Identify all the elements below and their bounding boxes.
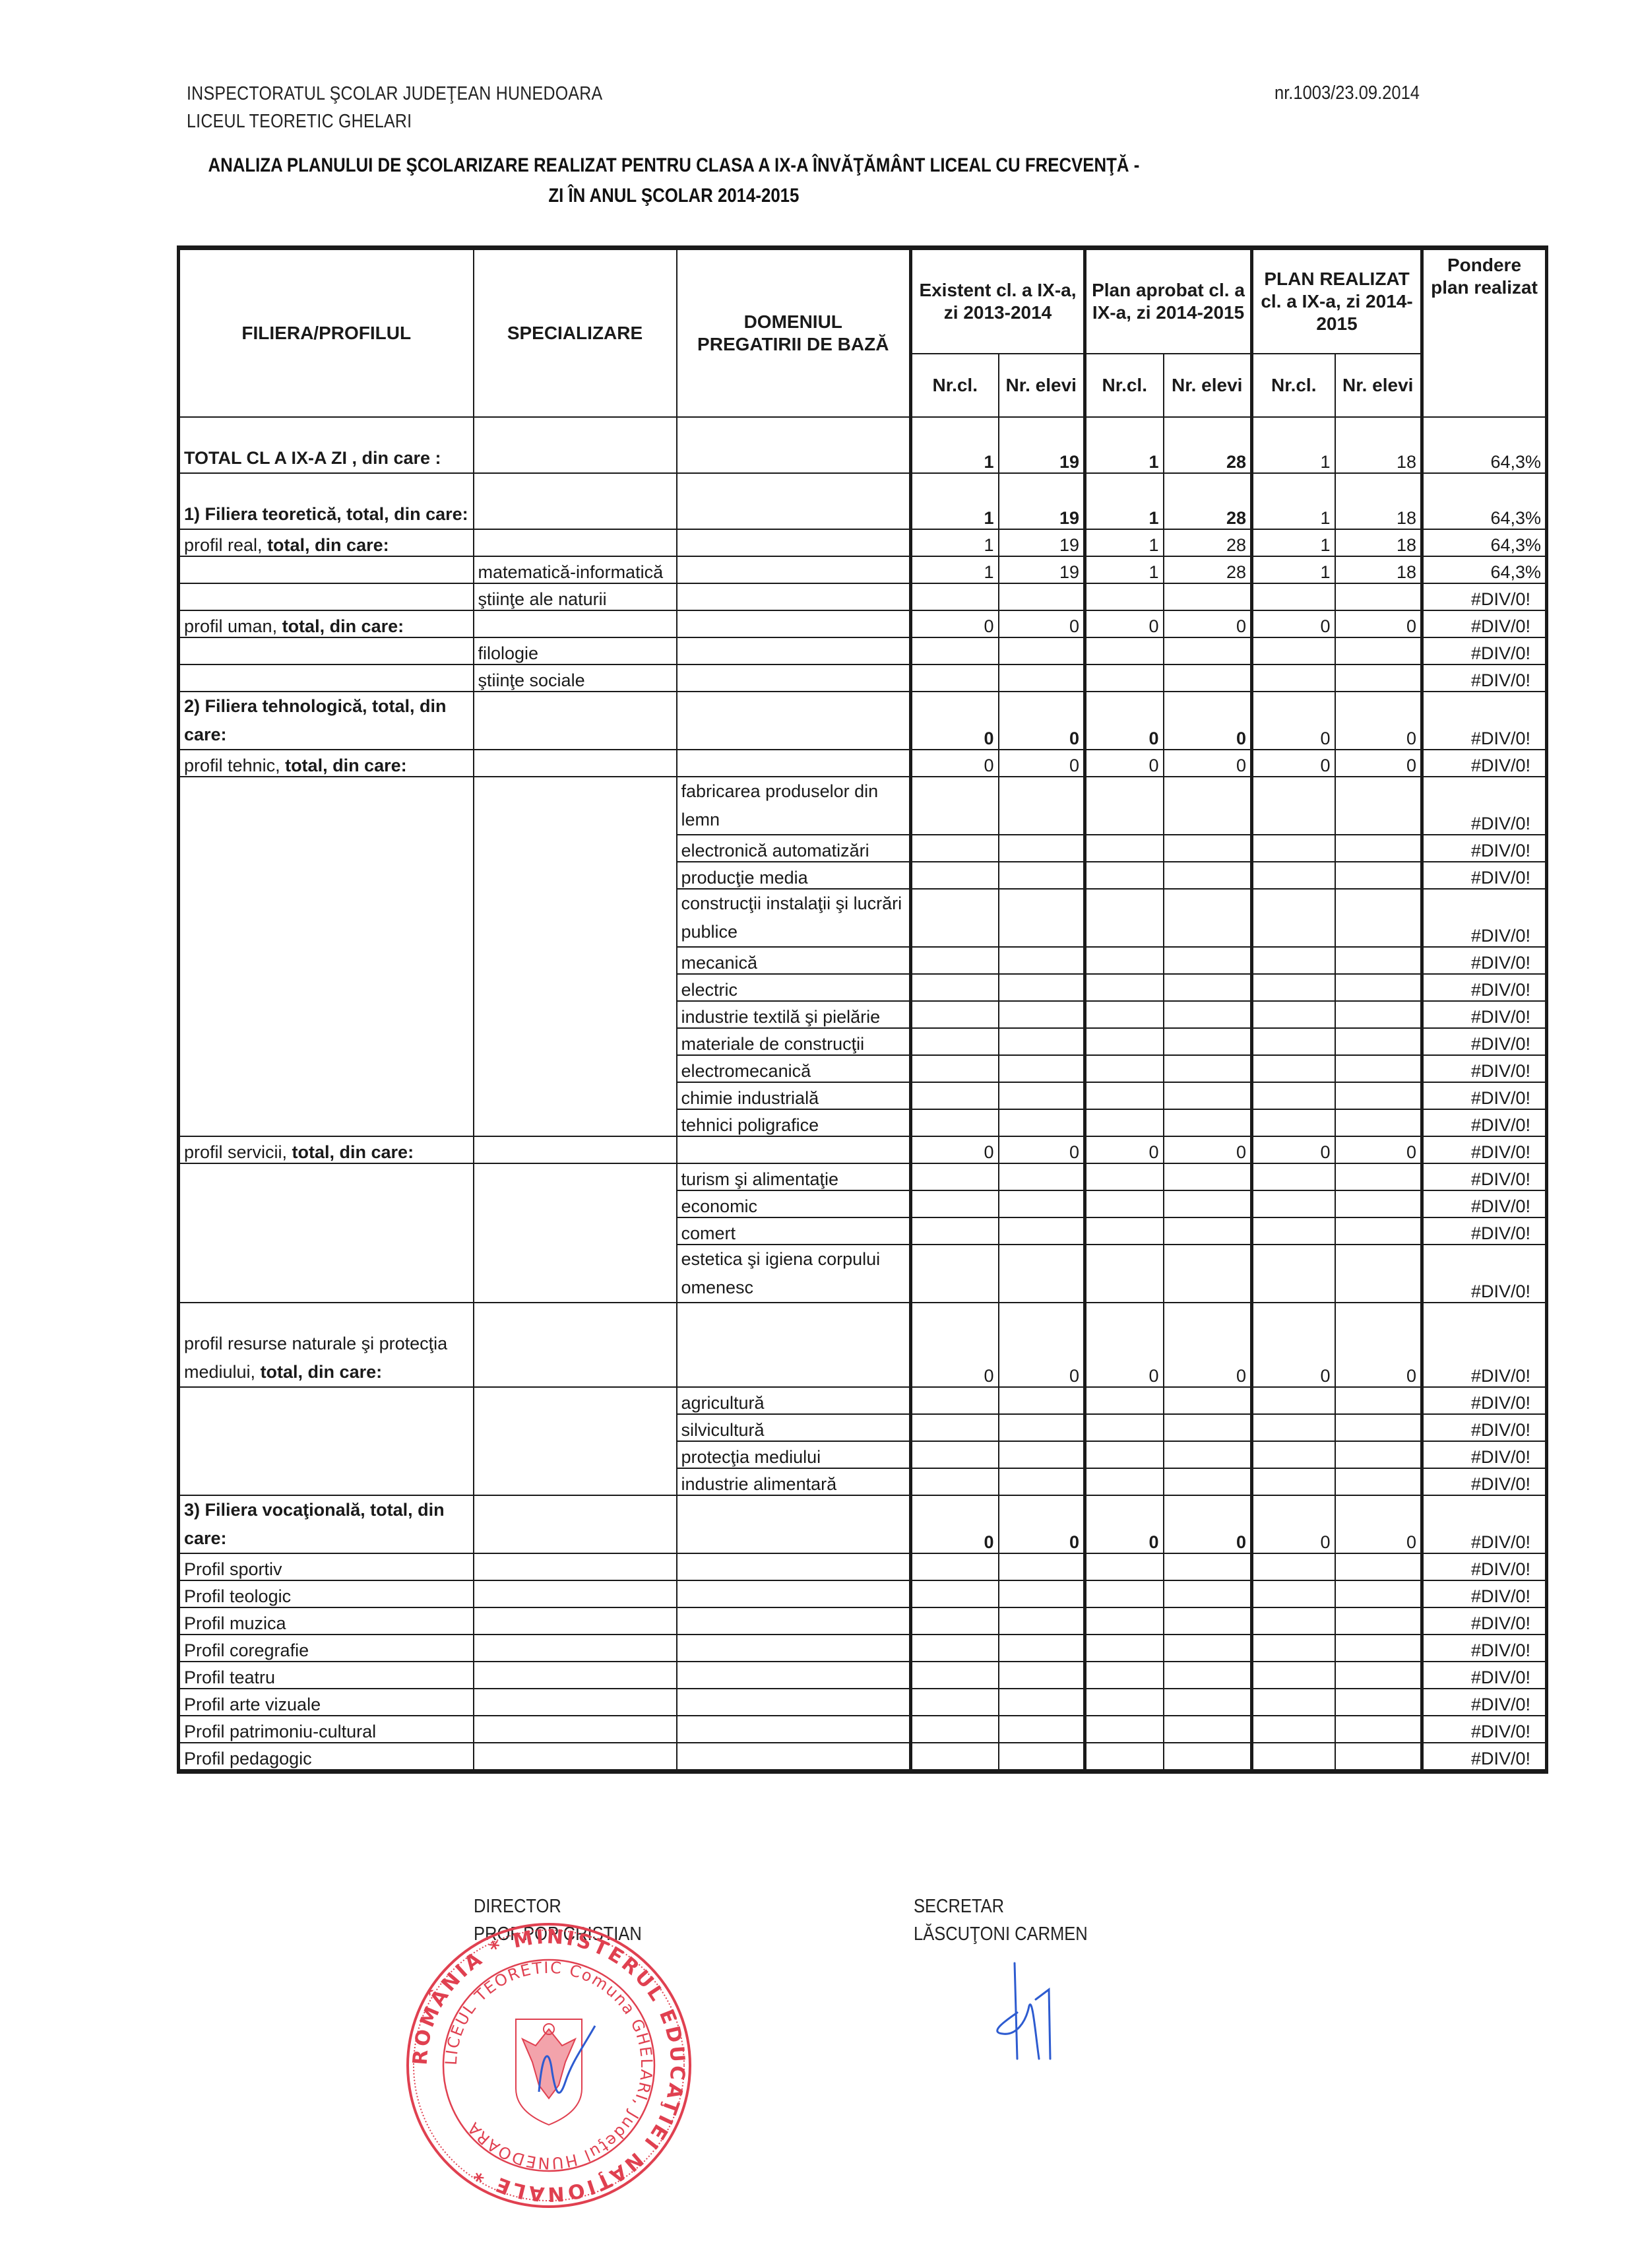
cell-value [1335, 1468, 1422, 1495]
cell-value [1085, 1441, 1164, 1468]
cell-domeniul [677, 556, 911, 583]
cell-filiera [179, 664, 474, 692]
cell-value [1335, 889, 1422, 947]
cell-pondere: 64,3% [1422, 473, 1547, 529]
cell-filiera: profil tehnic, total, din care: [179, 750, 474, 777]
title-line-1: ANALIZA PLANULUI DE ŞCOLARIZARE REALIZAT… [95, 150, 1252, 181]
cell-value [1335, 1001, 1422, 1028]
cell-pondere: #DIV/0! [1422, 1190, 1547, 1217]
cell-value [911, 1055, 999, 1082]
cell-value [1335, 1580, 1422, 1607]
cell-value [1164, 1387, 1252, 1414]
cell-value [1164, 1414, 1252, 1441]
cell-value [1164, 777, 1252, 835]
cell-domeniul [677, 1716, 911, 1743]
cell-value [1164, 664, 1252, 692]
cell-value [1252, 1414, 1335, 1441]
cell-value [1335, 1217, 1422, 1245]
cell-pondere: #DIV/0! [1422, 1662, 1547, 1689]
cell-specializare [474, 1163, 677, 1303]
cell-value [1085, 1580, 1164, 1607]
cell-domeniul: turism şi alimentaţie [677, 1163, 911, 1190]
cell-specializare [474, 1387, 677, 1495]
cell-value: 0 [1085, 1303, 1164, 1387]
cell-value [999, 1163, 1085, 1190]
filiera-label: Profil pedagogic [184, 1749, 312, 1768]
cell-domeniul: agricultură [677, 1387, 911, 1414]
filiera-label: 2) Filiera tehnologică, total, din care: [184, 696, 447, 744]
cell-value [911, 1414, 999, 1441]
cell-value [1335, 1245, 1422, 1303]
cell-value: 1 [911, 529, 999, 556]
cell-value [999, 974, 1085, 1001]
cell-value [999, 1190, 1085, 1217]
cell-filiera: 3) Filiera vocaţională, total, din care: [179, 1495, 474, 1553]
cell-pondere: #DIV/0! [1422, 637, 1547, 664]
cell-value: 0 [911, 1303, 999, 1387]
cell-value [911, 835, 999, 862]
cell-value: 1 [1252, 417, 1335, 473]
cell-value [1335, 1635, 1422, 1662]
cell-pondere: #DIV/0! [1422, 1163, 1547, 1190]
cell-value [999, 1662, 1085, 1689]
cell-domeniul [677, 1743, 911, 1772]
secretary-signature-icon [976, 1960, 1075, 2072]
cell-value [999, 1028, 1085, 1055]
cell-value: 0 [999, 1136, 1085, 1163]
cell-pondere: #DIV/0! [1422, 1303, 1547, 1387]
cell-value: 0 [1252, 610, 1335, 637]
col-header-pondere: Pondere plan realizat [1422, 248, 1547, 417]
cell-value [911, 777, 999, 835]
institution-header: INSPECTORATUL ŞCOLAR JUDEŢEAN HUNEDOARA … [187, 80, 602, 135]
cell-domeniul: industrie textilă şi pielărie [677, 1001, 911, 1028]
cell-domeniul: comert [677, 1217, 911, 1245]
cell-specializare [474, 1635, 677, 1662]
cell-value [1335, 1028, 1422, 1055]
table-row: profil tehnic, total, din care:000000#DI… [179, 750, 1547, 777]
filiera-total-label: total, din care: [292, 1142, 414, 1162]
cell-filiera [179, 1163, 474, 1303]
cell-value [911, 1217, 999, 1245]
director-title: DIRECTOR [474, 1893, 642, 1920]
cell-value [1085, 1414, 1164, 1441]
cell-domeniul [677, 664, 911, 692]
cell-value: 0 [911, 750, 999, 777]
cell-domeniul [677, 1607, 911, 1635]
cell-value [1252, 1055, 1335, 1082]
school-name: LICEUL TEORETIC GHELARI [187, 108, 602, 135]
cell-value: 0 [999, 750, 1085, 777]
cell-value [999, 1414, 1085, 1441]
cell-value: 0 [1335, 1303, 1422, 1387]
cell-domeniul: electric [677, 974, 911, 1001]
cell-value [1252, 947, 1335, 974]
filiera-label: TOTAL CL A IX-A ZI , din care : [184, 448, 441, 468]
cell-domeniul [677, 473, 911, 529]
cell-pondere: #DIV/0! [1422, 835, 1547, 862]
cell-domeniul [677, 1662, 911, 1689]
cell-value [1335, 1387, 1422, 1414]
cell-pondere: #DIV/0! [1422, 1028, 1547, 1055]
table-row: ştiinţe ale naturii#DIV/0! [179, 583, 1547, 610]
cell-domeniul: industrie alimentară [677, 1468, 911, 1495]
table-row: fabricarea produselor din lemn#DIV/0! [179, 777, 1547, 835]
cell-value [911, 1441, 999, 1468]
cell-value [1085, 1082, 1164, 1109]
table-row: 2) Filiera tehnologică, total, din care:… [179, 692, 1547, 750]
cell-value [1252, 1001, 1335, 1028]
cell-filiera: Profil teologic [179, 1580, 474, 1607]
table-row: agricultură#DIV/0! [179, 1387, 1547, 1414]
table-row: Profil pedagogic#DIV/0! [179, 1743, 1547, 1772]
title-line-2: ZI ÎN ANUL ŞCOLAR 2014-2015 [95, 181, 1252, 211]
cell-pondere: #DIV/0! [1422, 1689, 1547, 1716]
cell-value [1164, 1163, 1252, 1190]
cell-pondere: #DIV/0! [1422, 664, 1547, 692]
cell-value [1252, 974, 1335, 1001]
col-header-plan-aprobat: Plan aprobat cl. a IX-a, zi 2014-2015 [1085, 248, 1252, 354]
cell-value [999, 1441, 1085, 1468]
cell-value [1164, 974, 1252, 1001]
cell-value [1252, 1662, 1335, 1689]
cell-value [1335, 1163, 1422, 1190]
cell-value [1335, 1109, 1422, 1136]
cell-pondere: #DIV/0! [1422, 1553, 1547, 1580]
cell-value: 1 [1252, 529, 1335, 556]
subheader-nr-elevi: Nr. elevi [1335, 354, 1422, 417]
cell-value [1085, 1163, 1164, 1190]
cell-value [1164, 835, 1252, 862]
cell-filiera: Profil sportiv [179, 1553, 474, 1580]
cell-pondere: #DIV/0! [1422, 1495, 1547, 1553]
cell-value [1085, 583, 1164, 610]
cell-value [1335, 1689, 1422, 1716]
cell-value [1252, 1217, 1335, 1245]
table-row: turism şi alimentaţie#DIV/0! [179, 1163, 1547, 1190]
cell-value [1085, 637, 1164, 664]
cell-domeniul: electromecanică [677, 1055, 911, 1082]
cell-value [1252, 889, 1335, 947]
cell-value [1252, 1468, 1335, 1495]
cell-value [999, 889, 1085, 947]
cell-pondere: #DIV/0! [1422, 610, 1547, 637]
cell-pondere: 64,3% [1422, 417, 1547, 473]
cell-value [1164, 583, 1252, 610]
document-title: ANALIZA PLANULUI DE ŞCOLARIZARE REALIZAT… [95, 150, 1252, 211]
cell-value: 0 [911, 692, 999, 750]
cell-value [911, 1109, 999, 1136]
cell-value [999, 664, 1085, 692]
cell-value: 0 [1252, 750, 1335, 777]
cell-value: 19 [999, 473, 1085, 529]
cell-domeniul [677, 637, 911, 664]
cell-pondere: #DIV/0! [1422, 1109, 1547, 1136]
cell-value: 0 [999, 1495, 1085, 1553]
cell-value [1085, 1190, 1164, 1217]
cell-value: 1 [1085, 473, 1164, 529]
cell-value [1335, 1553, 1422, 1580]
cell-value: 0 [1335, 1136, 1422, 1163]
cell-value [999, 862, 1085, 889]
cell-value [1252, 1441, 1335, 1468]
cell-value [999, 1001, 1085, 1028]
cell-domeniul [677, 1635, 911, 1662]
cell-value: 0 [999, 1303, 1085, 1387]
cell-domeniul: construcţii instalaţii şi lucrări public… [677, 889, 911, 947]
cell-value [1252, 835, 1335, 862]
cell-value: 0 [1335, 610, 1422, 637]
cell-value [1164, 1217, 1252, 1245]
cell-domeniul [677, 1136, 911, 1163]
col-header-existent: Existent cl. a IX-a, zi 2013-2014 [911, 248, 1085, 354]
filiera-total-label: total, din care: [285, 756, 407, 775]
cell-value: 0 [1335, 692, 1422, 750]
cell-specializare [474, 417, 677, 473]
cell-value [911, 1163, 999, 1190]
cell-specializare [474, 1495, 677, 1553]
cell-value [999, 1689, 1085, 1716]
cell-value [1252, 1607, 1335, 1635]
cell-value [1164, 1109, 1252, 1136]
cell-value [911, 637, 999, 664]
cell-value [1252, 1580, 1335, 1607]
cell-pondere: #DIV/0! [1422, 1217, 1547, 1245]
cell-value: 18 [1335, 556, 1422, 583]
cell-pondere: #DIV/0! [1422, 1441, 1547, 1468]
cell-domeniul [677, 1689, 911, 1716]
table-row: matematică-informatică11912811864,3% [179, 556, 1547, 583]
cell-specializare [474, 529, 677, 556]
cell-domeniul [677, 583, 911, 610]
cell-value: 1 [911, 556, 999, 583]
document-reference: nr.1003/23.09.2014 [1274, 82, 1420, 104]
cell-filiera: profil resurse naturale şi protecţia med… [179, 1303, 474, 1387]
cell-value [999, 1245, 1085, 1303]
cell-value [1164, 1001, 1252, 1028]
cell-value [1252, 1163, 1335, 1190]
table-row: TOTAL CL A IX-A ZI , din care :119128118… [179, 417, 1547, 473]
cell-value [1335, 1055, 1422, 1082]
cell-value [1085, 835, 1164, 862]
cell-specializare [474, 1607, 677, 1635]
cell-value [1164, 1028, 1252, 1055]
cell-value [999, 583, 1085, 610]
cell-domeniul [677, 417, 911, 473]
filiera-label: Profil coregrafie [184, 1640, 309, 1660]
cell-pondere: #DIV/0! [1422, 1082, 1547, 1109]
cell-specializare [474, 473, 677, 529]
table-row: 1) Filiera teoretică, total, din care:11… [179, 473, 1547, 529]
cell-value [1252, 1743, 1335, 1772]
cell-value [911, 1553, 999, 1580]
cell-pondere: #DIV/0! [1422, 750, 1547, 777]
cell-value [911, 1607, 999, 1635]
cell-value [1164, 1082, 1252, 1109]
cell-value [1335, 1190, 1422, 1217]
cell-value [999, 1716, 1085, 1743]
cell-value [911, 1468, 999, 1495]
enrollment-plan-table: FILIERA/PROFILUL SPECIALIZARE DOMENIUL P… [177, 245, 1548, 1774]
coat-of-arms-icon [516, 2019, 582, 2125]
table-row: profil servicii, total, din care:000000#… [179, 1136, 1547, 1163]
cell-domeniul: silvicultură [677, 1414, 911, 1441]
cell-value: 1 [1252, 556, 1335, 583]
cell-value [1085, 1662, 1164, 1689]
cell-value [911, 1082, 999, 1109]
cell-value [911, 664, 999, 692]
cell-specializare [474, 1716, 677, 1743]
cell-value [1085, 947, 1164, 974]
cell-pondere: #DIV/0! [1422, 1387, 1547, 1414]
cell-filiera [179, 1387, 474, 1495]
cell-value: 0 [1164, 1136, 1252, 1163]
cell-pondere: #DIV/0! [1422, 583, 1547, 610]
cell-filiera [179, 637, 474, 664]
cell-value [1252, 1109, 1335, 1136]
cell-domeniul: chimie industrială [677, 1082, 911, 1109]
cell-pondere: #DIV/0! [1422, 1635, 1547, 1662]
cell-value [999, 1607, 1085, 1635]
filiera-label: Profil patrimoniu-cultural [184, 1722, 376, 1741]
cell-value: 0 [911, 1136, 999, 1163]
cell-pondere: #DIV/0! [1422, 862, 1547, 889]
cell-value [911, 1662, 999, 1689]
cell-value [1252, 1245, 1335, 1303]
cell-pondere: #DIV/0! [1422, 777, 1547, 835]
cell-value [1085, 1635, 1164, 1662]
cell-value: 28 [1164, 556, 1252, 583]
cell-value [911, 947, 999, 974]
filiera-label: profil real, [184, 535, 267, 555]
cell-specializare: filologie [474, 637, 677, 664]
secretary-signature-block: SECRETAR LĂSCUŢONI CARMEN [914, 1893, 1088, 1948]
cell-filiera [179, 583, 474, 610]
cell-value [1085, 1743, 1164, 1772]
cell-pondere: #DIV/0! [1422, 889, 1547, 947]
filiera-label: 3) Filiera vocaţională, total, din care: [184, 1500, 445, 1548]
cell-value: 18 [1335, 529, 1422, 556]
cell-pondere: 64,3% [1422, 529, 1547, 556]
cell-value [1252, 664, 1335, 692]
cell-value [1335, 1607, 1422, 1635]
inspectorate-name: INSPECTORATUL ŞCOLAR JUDEŢEAN HUNEDOARA [187, 80, 602, 108]
cell-domeniul: electronică automatizări [677, 835, 911, 862]
cell-filiera: profil real, total, din care: [179, 529, 474, 556]
table-row: profil uman, total, din care:000000#DIV/… [179, 610, 1547, 637]
cell-value: 0 [1252, 692, 1335, 750]
cell-value: 0 [1085, 610, 1164, 637]
cell-value [999, 947, 1085, 974]
cell-filiera: 2) Filiera tehnologică, total, din care: [179, 692, 474, 750]
cell-domeniul: producţie media [677, 862, 911, 889]
cell-value: 28 [1164, 473, 1252, 529]
secretary-name: LĂSCUŢONI CARMEN [914, 1920, 1088, 1948]
cell-value: 1 [1085, 529, 1164, 556]
cell-value [1335, 1441, 1422, 1468]
table-row: Profil arte vizuale#DIV/0! [179, 1689, 1547, 1716]
filiera-label: Profil sportiv [184, 1559, 282, 1579]
filiera-label: profil uman, [184, 616, 282, 636]
cell-value: 0 [1335, 750, 1422, 777]
cell-value [1164, 1468, 1252, 1495]
cell-pondere: #DIV/0! [1422, 1136, 1547, 1163]
filiera-label: Profil arte vizuale [184, 1695, 321, 1714]
cell-value [1252, 1190, 1335, 1217]
col-header-specializare: SPECIALIZARE [474, 248, 677, 417]
cell-value [1335, 664, 1422, 692]
cell-value [1164, 1607, 1252, 1635]
cell-value [1085, 1109, 1164, 1136]
cell-value [1252, 777, 1335, 835]
cell-value [1335, 835, 1422, 862]
cell-value: 1 [1085, 556, 1164, 583]
cell-value [1164, 1743, 1252, 1772]
cell-value [999, 1387, 1085, 1414]
cell-specializare [474, 1303, 677, 1387]
filiera-total-label: total, din care: [261, 1362, 383, 1382]
cell-value: 1 [911, 473, 999, 529]
cell-value [1335, 1414, 1422, 1441]
cell-value: 0 [1085, 750, 1164, 777]
cell-pondere: #DIV/0! [1422, 1245, 1547, 1303]
cell-value [1335, 1082, 1422, 1109]
cell-value [1335, 1662, 1422, 1689]
cell-value [1335, 777, 1422, 835]
cell-value [1252, 1553, 1335, 1580]
cell-filiera: profil uman, total, din care: [179, 610, 474, 637]
cell-value [1085, 1468, 1164, 1495]
cell-domeniul [677, 1495, 911, 1553]
cell-value [1085, 777, 1164, 835]
cell-value: 0 [1085, 1136, 1164, 1163]
cell-pondere: #DIV/0! [1422, 1743, 1547, 1772]
cell-value [1085, 1028, 1164, 1055]
filiera-label: Profil teologic [184, 1586, 291, 1606]
cell-value [1085, 1245, 1164, 1303]
cell-filiera: profil servicii, total, din care: [179, 1136, 474, 1163]
cell-value [911, 1028, 999, 1055]
cell-value [1164, 1190, 1252, 1217]
cell-value [1164, 1553, 1252, 1580]
cell-value: 1 [1085, 417, 1164, 473]
cell-domeniul: protecţia mediului [677, 1441, 911, 1468]
cell-specializare [474, 750, 677, 777]
cell-value [911, 583, 999, 610]
filiera-label: Profil teatru [184, 1668, 275, 1687]
cell-value [911, 1387, 999, 1414]
cell-value [1252, 583, 1335, 610]
cell-value [1335, 1743, 1422, 1772]
cell-value [1252, 1082, 1335, 1109]
cell-pondere: #DIV/0! [1422, 1001, 1547, 1028]
subheader-nr-elevi: Nr. elevi [999, 354, 1085, 417]
cell-specializare [474, 1662, 677, 1689]
cell-specializare [474, 1580, 677, 1607]
cell-domeniul: fabricarea produselor din lemn [677, 777, 911, 835]
secretary-title: SECRETAR [914, 1893, 1088, 1920]
cell-filiera [179, 556, 474, 583]
cell-value: 0 [999, 692, 1085, 750]
cell-value [1252, 1028, 1335, 1055]
cell-value [911, 1580, 999, 1607]
table-row: Profil teatru#DIV/0! [179, 1662, 1547, 1689]
table-row: Profil coregrafie#DIV/0! [179, 1635, 1547, 1662]
cell-value [1085, 1689, 1164, 1716]
cell-value [911, 1635, 999, 1662]
cell-value [999, 637, 1085, 664]
cell-domeniul: tehnici poligrafice [677, 1109, 911, 1136]
